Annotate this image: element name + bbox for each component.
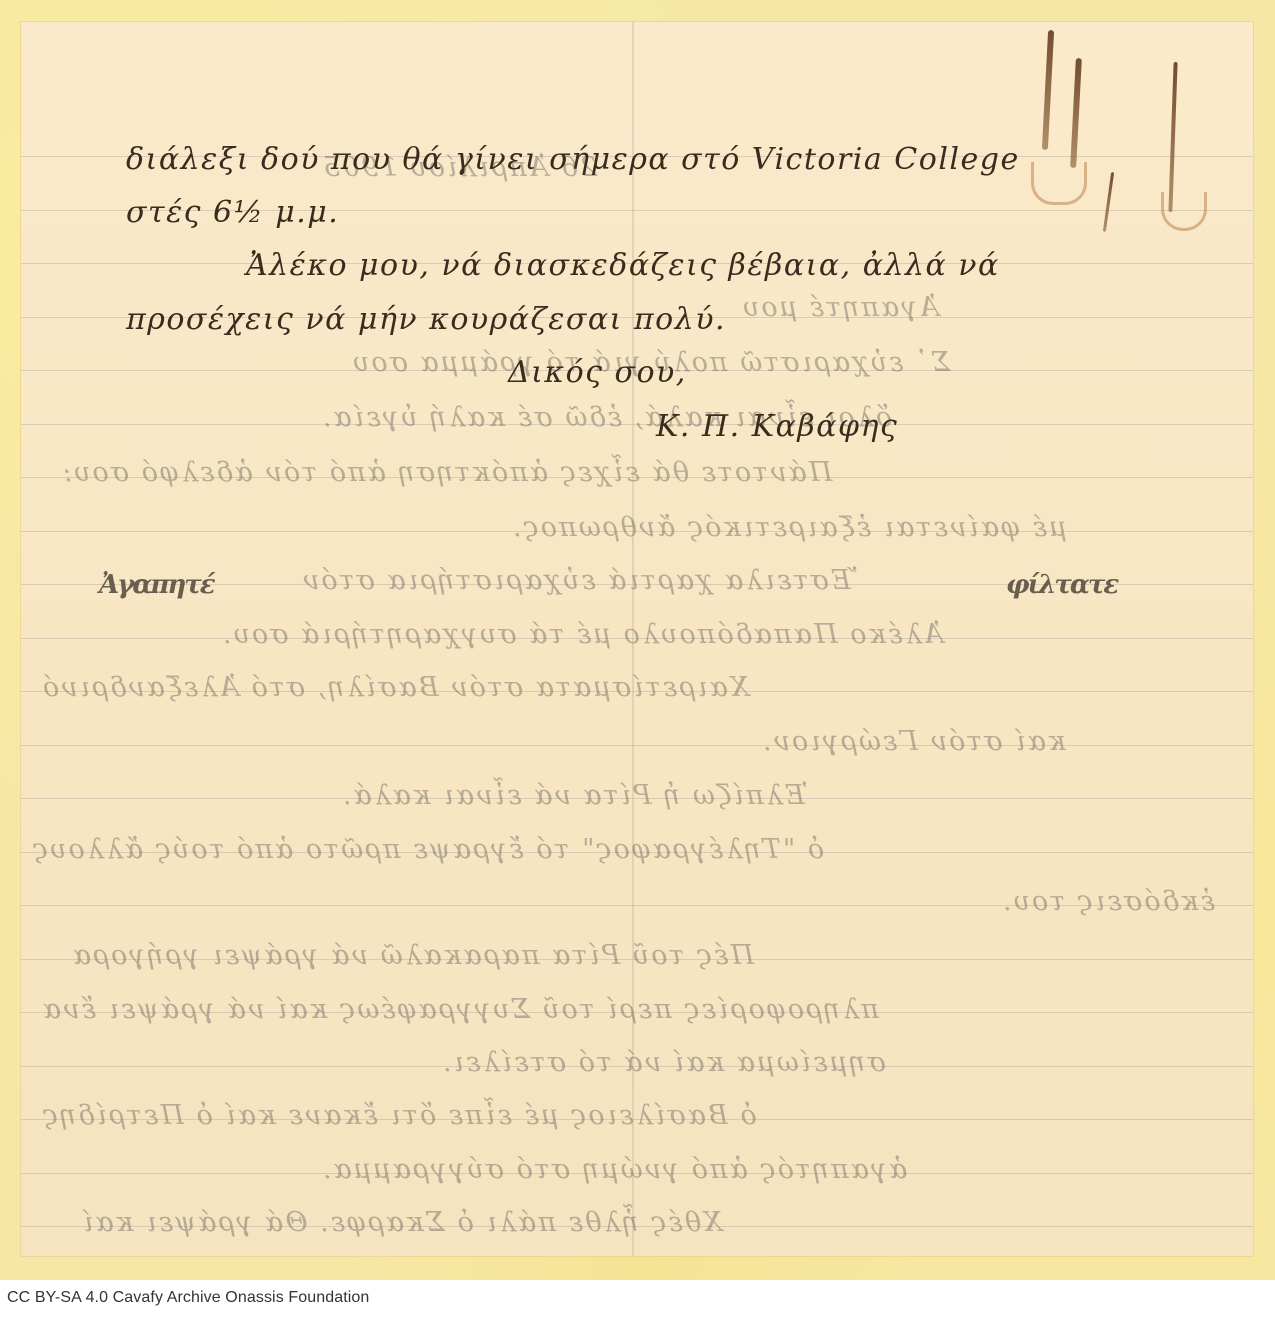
bleed-through-line: πληροφορίες περί τοῦ Συγγραφέως καί νά γ… [41,994,879,1025]
letter-line: διάλεξι δού που θά γίνει σήμερα στό Vict… [126,142,1020,177]
ink-stain [1042,30,1054,150]
letter-line-text: διάλεξι δού που θά γίνει σήμερα στό Vict… [126,142,1020,177]
bleed-through-line: Ἔστειλα χαρτιά εὐχαριστήρια στόν [301,565,858,596]
bleed-through-line: Πάντοτε θά εἶχες ἀπόκτηση ἀπό τόν ἀδελφό… [61,457,832,488]
ink-stain [1161,192,1207,231]
bleed-through-line: Ἀλέκο Παπαδόπουλο μέ τά συγχαρητήριά σου… [221,619,943,650]
bleed-through-line: Ἐλπίζω ἡ Ρίτα νά εἶναι καλά. [341,780,808,811]
bleed-through-line: καί στόν Γεώργιον. [761,726,1066,757]
ink-stain [1103,172,1114,232]
closing: Δικός σου, [508,355,687,390]
bleed-through-line: ἐκδόσεις του. [1001,886,1215,917]
letter-line: Ἀλέκο μου, νά διασκεδάζεις βέβαια, ἀλλά … [246,248,1000,283]
letter-paper: 26 Ἀπριλίου 1905 Ἀγαπητέ μου Σ᾽ εὐχαριστ… [21,22,1253,1256]
bleed-through-line: μέ φαίνεται ἐξαιρετικός ἄνθρωπος. [511,512,1067,543]
letter-line: στές 6½ μ.μ. [126,195,339,230]
ink-stain [1168,62,1177,212]
bleed-through-line: Χθές ἦλθε πάλι ὁ Σκαρφε. Θά γράψει καί [81,1207,722,1238]
ink-stain [1031,162,1087,205]
bleed-through-line: ὁ Βασίλειος μέ εἶπε ὅτι ἔκανε καί ὁ Πετρ… [41,1100,757,1131]
scanned-mount: 26 Ἀπριλίου 1905 Ἀγαπητέ μου Σ᾽ εὐχαριστ… [0,0,1275,1280]
ink-stain [1070,58,1082,168]
signature: Κ. Π. Καβάφης [656,409,898,444]
letter-line: προσέχεις νά μήν κουράζεσαι πολύ. [126,302,726,337]
bleed-through-line: Ἀγαπητέ μου [741,292,939,323]
struck-out-word: φίλτατε [1006,570,1117,600]
license-caption: CC BY-SA 4.0 Cavafy Archive Onassis Foun… [7,1289,369,1307]
bleed-through-line: Χαιρετίσματα στόν Βασίλη, στό Ἀλεξανδριν… [41,672,749,703]
bleed-through-line: ὁ "Τηλέγραφος" τό ἔγραψε πρῶτο ἀπό τούς … [31,834,824,865]
struck-out-word: Ἀγαπητέ [99,570,214,600]
ruled-line [21,745,1253,746]
bleed-through-line: ἀγαπητός ἀπό γνώμη στό σύγγραμμα. [321,1154,907,1185]
bleed-through-line: Πές τοῦ Ρίτα παρακαλῶ νά γράψει γρήγορα [71,940,754,971]
bleed-through-line: σημείωμα καί νά τό στείλει. [441,1047,886,1078]
